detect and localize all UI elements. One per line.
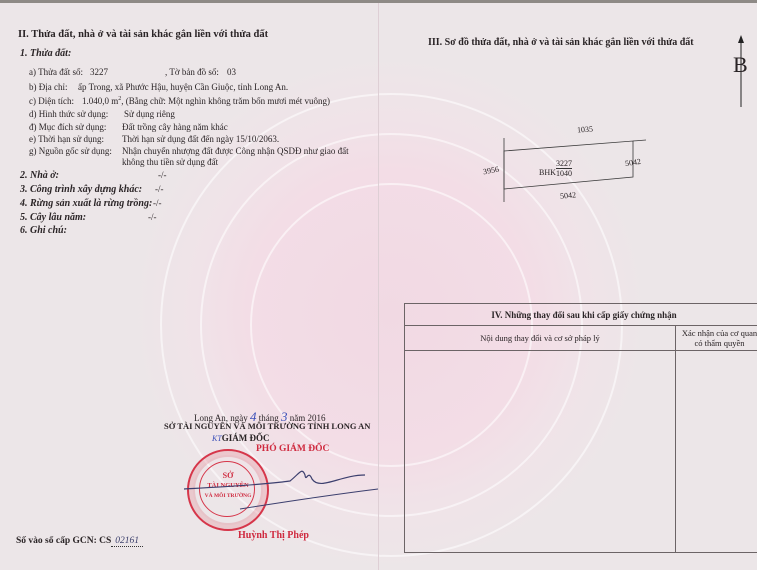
origin-line1: Nhận chuyển nhượng đất được Công nhận QS… (122, 146, 349, 156)
address: ấp Trong, xã Phước Hậu, huyện Cần Giuộc,… (78, 82, 288, 92)
map-sheet-number: 03 (227, 67, 236, 77)
term-label: e) Thời hạn sử dụng: (29, 134, 104, 144)
signer-name: Huỳnh Thị Phép (238, 530, 309, 541)
north-label: B (733, 52, 748, 78)
kt-handwritten: KT (212, 434, 222, 443)
address-label: b) Địa chỉ: (29, 82, 68, 92)
production-forest-label: 4. Rừng sản xuất là rừng trồng: (20, 198, 152, 209)
usage-form-label: d) Hình thức sử dụng: (29, 109, 108, 119)
land-code: BHK (539, 168, 556, 177)
other-construction-label: 3. Công trình xây dựng khác: (20, 184, 142, 195)
area-value: 1.040,0 m2, (Bằng chữ: Một nghìn không t… (82, 96, 330, 106)
registry-label: Số vào sổ cấp GCN: CS (16, 536, 111, 546)
changes-table-title: IV. Những thay đổi sau khi cấp giấy chứn… (405, 304, 757, 326)
origin-line2: không thu tiền sử dụng đất (122, 157, 218, 167)
area-in-words: , (Bằng chữ: Một nghìn không trăm bốn mư… (121, 96, 330, 106)
area-number: 1.040,0 m (82, 96, 118, 106)
production-forest-value: -/- (153, 198, 162, 208)
changes-table: IV. Những thay đổi sau khi cấp giấy chứn… (404, 303, 757, 553)
dimension-bottom: 5042 (560, 190, 577, 200)
registry-number: 02161 (111, 536, 143, 547)
term: Thời hạn sử dụng đất đến ngày 15/10/2063… (122, 134, 279, 144)
origin-label: g) Nguồn gốc sử dụng: (29, 146, 112, 156)
notes-label: 6. Ghi chú: (20, 225, 67, 236)
house-label: 2. Nhà ở: (20, 170, 59, 181)
registry-number-line: Số vào sổ cấp GCN: CS02161 (16, 536, 143, 546)
director-title-line: KTGIÁM ĐỐC (212, 433, 270, 443)
other-construction-value: -/- (155, 184, 164, 194)
issuing-agency: SỞ TÀI NGUYÊN VÀ MÔI TRƯỜNG TỈNH LONG AN (164, 421, 370, 431)
dimension-top: 1035 (577, 124, 594, 134)
confirmation-line1: Xác nhận của cơ quan (677, 328, 757, 338)
changes-content-cell (405, 351, 676, 553)
section-iii-title: III. Sơ đồ thửa đất, nhà ở và tài sản kh… (428, 37, 694, 48)
parcel-number: 3227 (90, 67, 108, 77)
diagram-parcel-number: 3227 (556, 160, 572, 169)
usage-form: Sử dụng riêng (124, 109, 175, 119)
director-title: GIÁM ĐỐC (222, 433, 270, 443)
map-sheet-label: , Tờ bản đồ số: (165, 67, 219, 77)
diagram-area: 1040 (556, 169, 572, 178)
parcel-number-label: a) Thửa đất số: (29, 67, 83, 77)
perennial-trees-label: 5. Cây lâu năm: (20, 212, 86, 223)
deputy-director-title: PHÓ GIÁM ĐỐC (256, 444, 329, 454)
house-value: -/- (158, 170, 167, 180)
purpose-label: đ) Mục đích sử dụng: (29, 122, 106, 132)
changes-confirmation-cell (676, 351, 757, 553)
land-parcel-heading: 1. Thửa đất: (20, 48, 71, 59)
perennial-trees-value: -/- (148, 212, 157, 222)
area-label: c) Diện tích: (29, 96, 74, 106)
changes-col-confirmation: Xác nhận của cơ quan có thẩm quyền (676, 326, 757, 351)
changes-col-content: Nội dung thay đổi và cơ sở pháp lý (405, 326, 676, 351)
confirmation-line2: có thẩm quyền (677, 338, 757, 348)
section-ii-title: II. Thửa đất, nhà ở và tài sản khác gắn … (18, 29, 268, 40)
signature-scribble (180, 465, 379, 515)
purpose: Đất trồng cây hàng năm khác (122, 122, 228, 132)
left-page: II. Thửa đất, nhà ở và tài sản khác gắn … (0, 3, 379, 570)
